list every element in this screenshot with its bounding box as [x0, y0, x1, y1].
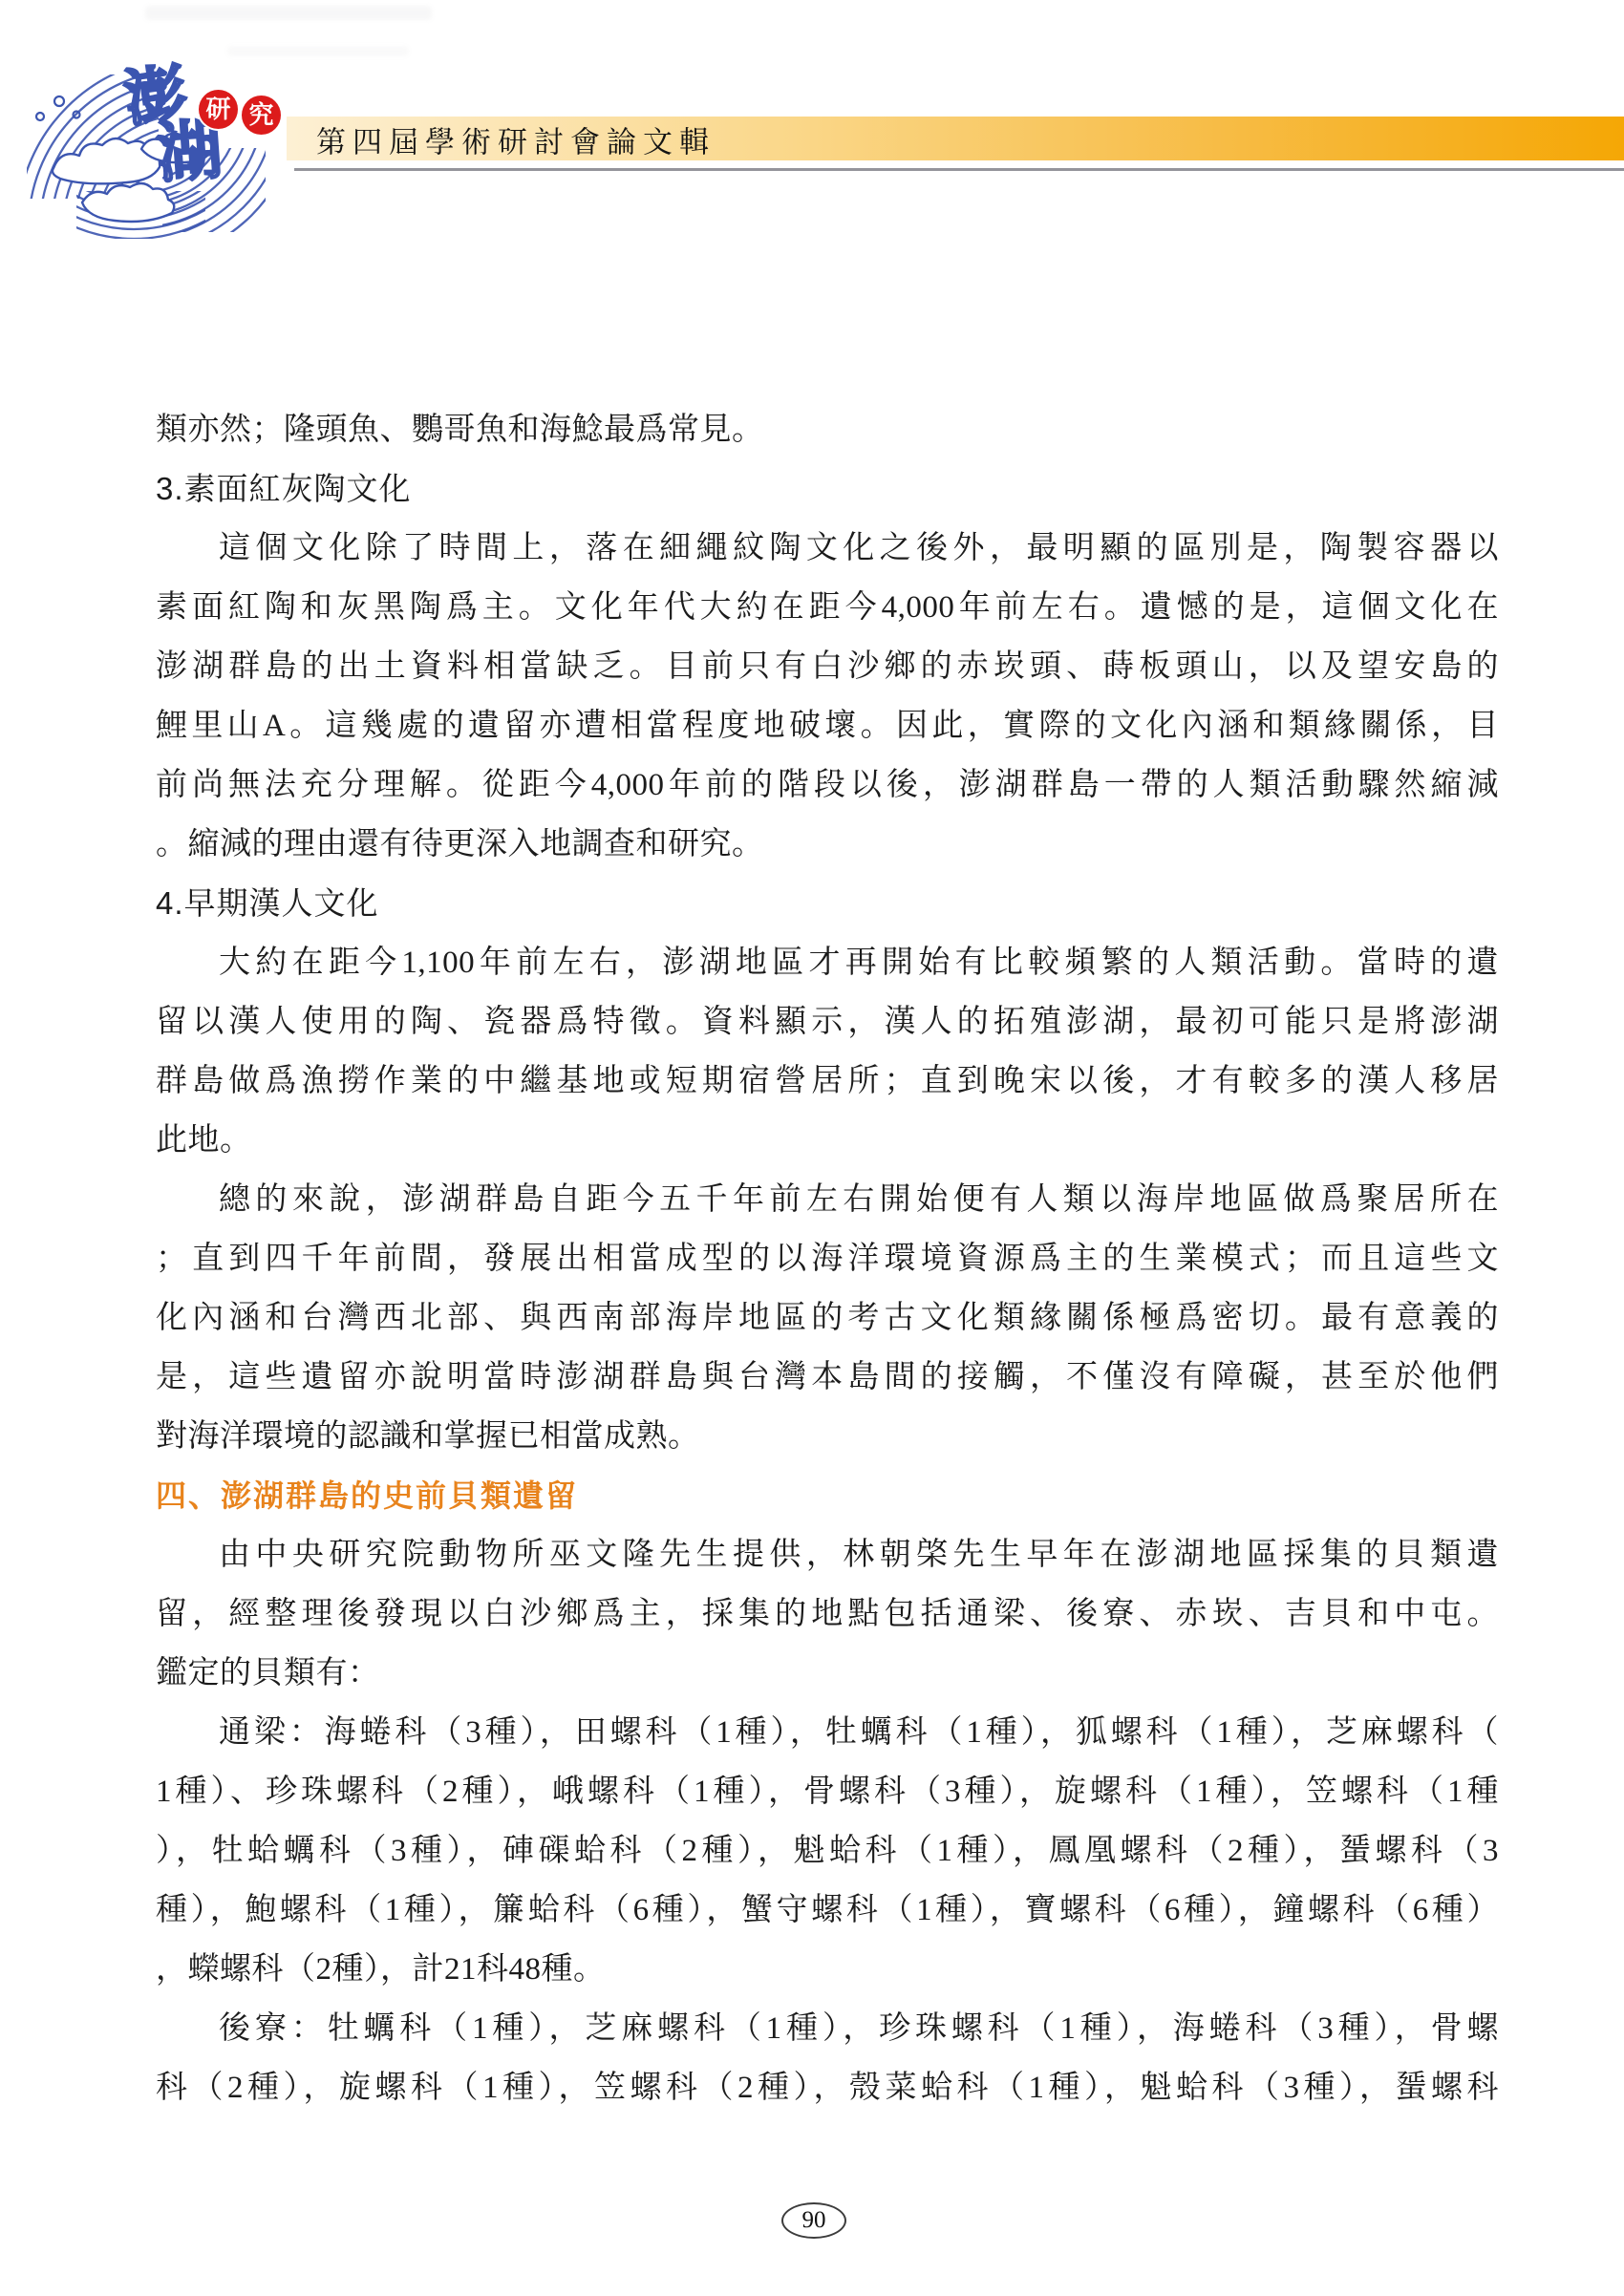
- scan-artifact: [145, 6, 432, 20]
- logo-waves-icon: 澎 湖: [27, 48, 266, 244]
- text-line: 對海洋環境的認識和掌握已相當成熟。: [156, 1407, 1499, 1466]
- page-number-badge: 90: [781, 2202, 846, 2239]
- header-rule: [294, 168, 1624, 171]
- text-line: ），牡蛤蠣科（3種），硨磲蛤科（2種），魁蛤科（1種），鳳凰螺科（2種），蜑螺科…: [156, 1821, 1499, 1881]
- penghu-research-logo: 澎 湖 研 究: [27, 48, 266, 244]
- research-badge-yan: 研: [199, 90, 238, 129]
- text-line: ，蠑螺科（2種），計21科48種。: [156, 1940, 1499, 1999]
- text-line: 化內涵和台灣西北部、與西南部海岸地區的考古文化類緣關係極爲密切。最有意義的: [156, 1288, 1499, 1348]
- text-line: 是，這些遺留亦說明當時澎湖群島與台灣本島間的接觸，不僅沒有障礙，甚至於他們: [156, 1348, 1499, 1407]
- text-column: 類亦然；隆頭魚、鸚哥魚和海鯰最爲常見。3.素面紅灰陶文化這個文化除了時間上，落在…: [156, 400, 1499, 2117]
- research-badge-jiu: 究: [242, 96, 281, 135]
- text-line: 留，經整理後發現以白沙鄉爲主，採集的地點包括通梁、後寮、赤崁、吉貝和中屯。: [156, 1584, 1499, 1644]
- text-line: 1種）、珍珠螺科（2種），峨螺科（1種），骨螺科（3種），旋螺科（1種），笠螺科…: [156, 1762, 1499, 1821]
- text-line: 前尚無法充分理解。從距今4,000年前的階段以後，澎湖群島一帶的人類活動驟然縮減: [156, 755, 1499, 815]
- text-line: 後寮：牡蠣科（1種），芝麻螺科（1種），珍珠螺科（1種），海蜷科（3種），骨螺: [156, 1999, 1499, 2058]
- text-line: 鑑定的貝類有：: [156, 1644, 1499, 1703]
- text-line: 大約在距今1,100年前左右，澎湖地區才再開始有比較頻繁的人類活動。當時的遺: [156, 933, 1499, 992]
- text-line: ；直到四千年前間，發展出相當成型的以海洋環境資源爲主的生業模式；而且這些文: [156, 1229, 1499, 1288]
- section-heading: 四、澎湖群島的史前貝類遺留: [156, 1466, 1499, 1525]
- text-line: 種），鮑螺科（1種），簾蛤科（6種），蟹守螺科（1種），寶螺科（6種），鐘螺科（…: [156, 1881, 1499, 1940]
- subheading: 4.早期漢人文化: [156, 874, 1499, 933]
- proceedings-title: 第四屆學術研討會論文輯: [316, 117, 716, 160]
- subheading: 3.素面紅灰陶文化: [156, 459, 1499, 519]
- text-line: 類亦然；隆頭魚、鸚哥魚和海鯰最爲常見。: [156, 400, 1499, 459]
- text-line: 留以漢人使用的陶、瓷器爲特徵。資料顯示，漢人的拓殖澎湖，最初可能只是將澎湖: [156, 992, 1499, 1052]
- text-line: 科（2種），旋螺科（1種），笠螺科（2種），殼菜蛤科（1種），魁蛤科（3種），蜑…: [156, 2058, 1499, 2117]
- text-line: 素面紅陶和灰黑陶爲主。文化年代大約在距今4,000年前左右。遺憾的是，這個文化在: [156, 578, 1499, 637]
- text-line: 澎湖群島的出土資料相當缺乏。目前只有白沙鄉的赤崁頭、蒔板頭山，以及望安島的: [156, 637, 1499, 696]
- text-line: 通梁：海蜷科（3種），田螺科（1種），牡蠣科（1種），狐螺科（1種），芝麻螺科（: [156, 1703, 1499, 1762]
- text-line: 群島做爲漁撈作業的中繼基地或短期宿營居所；直到晚宋以後，才有較多的漢人移居: [156, 1052, 1499, 1111]
- text-line: 由中央研究院動物所巫文隆先生提供，林朝棨先生早年在澎湖地區採集的貝類遺: [156, 1525, 1499, 1584]
- text-line: 總的來說，澎湖群島自距今五千年前左右開始便有人類以海岸地區做爲聚居所在: [156, 1170, 1499, 1229]
- text-line: 。縮減的理由還有待更深入地調查和研究。: [156, 815, 1499, 874]
- page-number: 90: [802, 2207, 826, 2234]
- text-line: 這個文化除了時間上，落在細繩紋陶文化之後外，最明顯的區別是，陶製容器以: [156, 519, 1499, 578]
- text-line: 此地。: [156, 1111, 1499, 1170]
- document-page: 澎 湖 研 究 第四屆學術研討會論文輯 類亦然；隆頭魚、鸚哥魚和海鯰最爲常見。3…: [0, 0, 1624, 2296]
- page-body: 類亦然；隆頭魚、鸚哥魚和海鯰最爲常見。3.素面紅灰陶文化這個文化除了時間上，落在…: [156, 400, 1499, 2117]
- text-line: 鯉里山A。這幾處的遺留亦遭相當程度地破壞。因此，實際的文化內涵和類緣關係，目: [156, 696, 1499, 755]
- header-banner: 第四屆學術研討會論文輯: [287, 117, 1624, 160]
